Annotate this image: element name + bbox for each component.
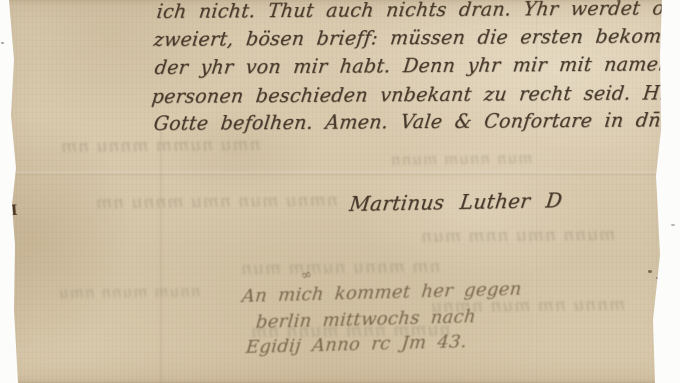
letter-line: der yhr von mir habt. Denn yhr mir mit n… [153,53,680,79]
photo-background: nmu numm mnnu nm mun nnum munn nmnu mun … [0,0,680,383]
bleedthrough-line: nmu numm mnnu nm [60,135,261,157]
letter-paper: nmu numm mnnu nm mun nnum munn nmnu mun … [0,0,680,383]
letter-line: Gotte befolhen. Amen. Vale & Confortare … [152,109,673,135]
letter-line: personen beschieden vnbekant zu recht se… [150,82,680,108]
fold-crease-horizontal [0,172,680,175]
bleedthrough-line: nnum munn nmu [58,282,201,301]
ink-speck [1,42,4,44]
letter-line: ich nicht. Thut auch nichts dran. Yhr we… [155,0,678,23]
bleedthrough-line: nm mnnu numm mun [240,257,441,279]
ink-speck [648,270,652,273]
bleedthrough-line: mun nnum munn [390,149,533,168]
ink-speck [671,224,675,226]
address-line: Egidij Anno rc Jm 43. [245,331,468,358]
bleedthrough-line: nmnu mun nmu mnnu nm [95,191,338,214]
margin-ink-mark: I [10,203,18,219]
signature: Martinus Luther D [348,188,564,216]
ink-speck [656,277,658,279]
fold-crease-vertical-left [160,128,162,383]
letter-line: zweiert, bösen brieff: müssen die ersten… [152,25,680,51]
bleedthrough-line: munn nmu nnm mun [420,225,615,247]
